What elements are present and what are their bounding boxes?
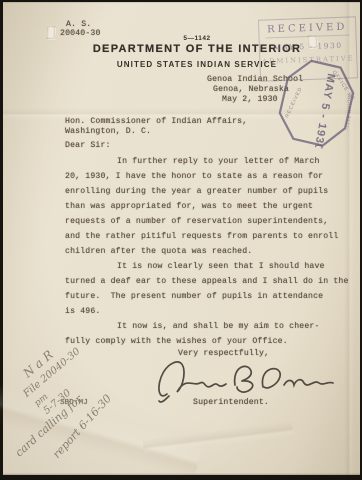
- body-line: It now is, and shall be my aim to cheer-: [65, 319, 351, 334]
- dateline-city: Genoa, Nebraska: [213, 85, 289, 94]
- body-line: requests of a number of reservation supe…: [65, 214, 351, 229]
- body-line: fully comply with the wishes of your Off…: [65, 334, 351, 349]
- body-line: future. The present number of pupils in …: [65, 289, 351, 304]
- dateline-date: May 2, 1930: [222, 95, 278, 104]
- body-line: than was appropriated for, was to meet t…: [65, 199, 351, 214]
- body-line: turned a deaf ear to these appeals and I…: [65, 274, 351, 289]
- received-stamp-line2: MAY 5 - 1930: [260, 40, 356, 52]
- received-stamp-line1: RECEIVED: [259, 21, 355, 35]
- body-line: 20, 1930, I have the honor to state as a…: [65, 169, 351, 184]
- recipient-line1: Hon. Commissioner of Indian Affairs,: [65, 117, 247, 126]
- body-line: is 496.: [65, 304, 351, 319]
- signer-title: Superintendent.: [193, 398, 269, 407]
- body-line: children after the quota was reached.: [65, 244, 351, 259]
- paper-crease: [143, 421, 294, 455]
- octagon-stamp-date: MAY 5 - 1930: [311, 72, 336, 152]
- letter-body: In further reply to your letter of March…: [65, 154, 351, 349]
- body-line: and the rather pitiful requests from par…: [65, 229, 351, 244]
- octagon-stamp-arc-right: INDIAN AFFAIRS: [345, 94, 352, 140]
- octagon-stamp-arc-left: RECEIVED: [284, 86, 304, 119]
- received-stamp-divider: [266, 35, 350, 39]
- body-line: In further reply to your letter of March: [65, 154, 351, 169]
- salutation: Dear Sir:: [65, 141, 111, 150]
- body-line: enrolling during the year a greater numb…: [65, 184, 351, 199]
- recipient-line2: Washington, D. C.: [65, 127, 151, 136]
- scanned-letter: A. S. 20040-30 5—1142 DEPARTMENT OF THE …: [0, 0, 362, 480]
- paper-sheet: A. S. 20040-30 5—1142 DEPARTMENT OF THE …: [3, 2, 360, 475]
- body-line: It is now clearly seen that I should hav…: [65, 259, 351, 274]
- file-notation-line1: A. S.: [66, 20, 91, 29]
